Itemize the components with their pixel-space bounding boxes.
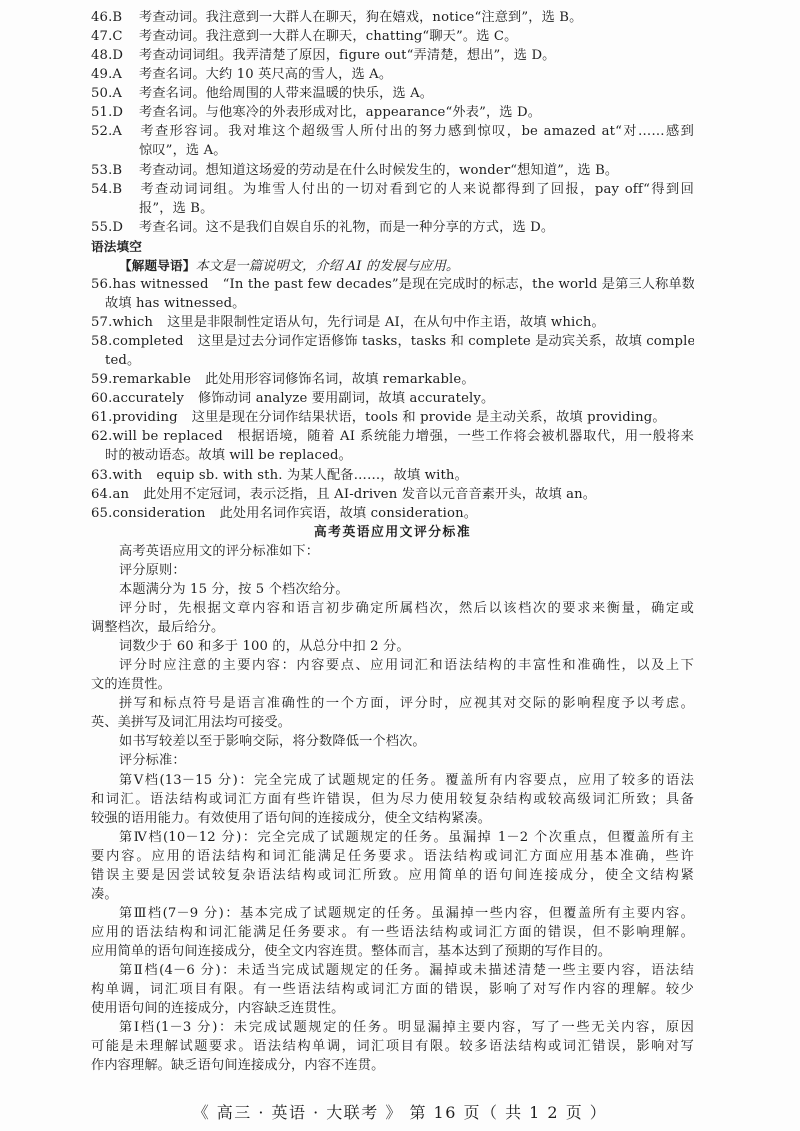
scoring-paragraph-line: 英、美拼写及词汇用法均可接受。 [91,713,694,732]
lead-tag: 【解题导语】 [119,258,195,273]
grammar-answer-line: 故填 has witnessed。 [91,294,694,313]
answer-explanation: 考查名词。这不是我们自娱自乐的礼物，而是一种分享的方式，选 D。 [139,220,554,235]
answer-explanation: 报”，选 B。 [139,201,213,216]
answer-line: 惊叹”，选 A。 [91,141,694,160]
grammar-answer-line: 63.withequip sb. with sth. 为某人配备……，故填 wi… [91,466,694,485]
answer-explanation: 考查动词词组。我弄清楚了原因，figure out“弄清楚，想出”，选 D。 [139,48,556,63]
fill-answer: with [112,468,142,483]
scoring-paragraph-line: 评分标准： [91,751,694,770]
fill-answer: providing [112,410,177,425]
answer-line: 报”，选 B。 [91,199,694,218]
question-number: 56. [91,277,112,292]
answer-explanation: 考查动词词组。为堆雪人付出的一切对看到它的人来说都得到了回报，pay off“得… [139,182,694,197]
text-column: 46.B考查动词。我注意到一大群人在聊天，狗在嬉戏，notice“注意到”，选 … [91,8,694,1076]
question-number: 54.B [91,180,139,199]
scoring-paragraph-line: 作内容理解。缺乏语句间连接成分，内容不连贯。 [91,1056,694,1075]
question-number: 58. [91,334,112,349]
scoring-paragraph-line: 第Ⅱ档(4－6 分)：未适当完成试题规定的任务。漏掉或未描述清楚一些主要内容，语… [91,961,694,980]
answer-explanation: 故填 has witnessed。 [105,296,246,311]
grammar-answer-line: 时的被动语态。故填 will be replaced。 [91,446,694,465]
answer-explanation: 考查动词。想知道这场爱的劳动是在什么时候发生的，wonder“想知道”，选 B。 [139,163,618,178]
answer-explanation: 这里是非限制性定语从句，先行词是 AI，在从句中作主语，故填 which。 [167,315,605,330]
answer-explanation: 此处用形容词修饰名词，故填 remarkable。 [205,372,475,387]
answer-line: 52.A考查形容词。我对堆这个超级雪人所付出的努力感到惊叹，be amazed … [91,122,694,141]
scoring-paragraph-line: 调整档次，最后给分。 [91,618,694,637]
question-number: 65. [91,506,112,521]
scoring-paragraph-line: 评分原则： [91,561,694,580]
scoring-paragraph-line: 应用的语法结构和词汇能满足任务要求。有一些语法结构或词汇方面的错误，但不影响理解… [91,923,694,942]
fill-answer: consideration [112,506,205,521]
answer-explanation: 惊叹”，选 A。 [139,143,227,158]
fill-answer: an [112,487,129,502]
scoring-paragraph-line: 较强的语用能力。有效使用了语句间的连接成分，使全文结构紧凑。 [91,809,694,828]
grammar-answer-line: 59.remarkable此处用形容词修饰名词，故填 remarkable。 [91,370,694,389]
answer-line: 51.D考查名词。与他寒冷的外表形成对比，appearance“外表”，选 D。 [91,103,694,122]
grammar-answer-line: 60.accurately修饰动词 analyze 要用副词，故填 accura… [91,389,694,408]
answer-explanation: 根据语境，随着 AI 系统能力增强，一些工作将会被机器取代，用一般将来 [237,429,694,444]
grammar-answer-line: 65.consideration此处用名词作宾语，故填 consideratio… [91,504,694,523]
fill-answer: will be replaced [112,429,222,444]
lead-text: 本文是一篇说明文，介绍 AI 的发展与应用。 [195,259,459,274]
scoring-paragraph-line: 文的连贯性。 [91,675,694,694]
answer-explanation: ted。 [105,353,140,368]
scoring-paragraph-line: 第Ⅴ档(13－15 分)：完全完成了试题规定的任务。覆盖所有内容要点，应用了较多… [91,771,694,790]
scoring-paragraph-line: 要内容。应用的语法结构和词汇能满足任务要求。语法结构或词汇方面应用基本准确，些许 [91,847,694,866]
scoring-paragraph-line: 使用语句间的连接成分，内容缺乏连贯性。 [91,999,694,1018]
answer-explanation: 修饰动词 analyze 要用副词，故填 accurately。 [198,391,494,406]
page-footer: 《 高三 · 英语 · 大联考 》 第 16 页（ 共 1 2 页 ） [0,1100,800,1123]
scoring-paragraph-line: 评分时，先根据文章内容和语言初步确定所属档次，然后以该档次的要求来衡量，确定或 [91,599,694,618]
scoring-paragraph-line: 凑。 [91,885,694,904]
question-number: 62. [91,429,112,444]
question-number: 57. [91,315,112,330]
answer-explanation: 这里是现在分词作结果状语，tools 和 provide 是主动关系，故填 pr… [192,410,666,425]
fill-answer: has witnessed [112,277,208,292]
section-heading: 语法填空 [91,237,694,256]
grammar-answer-line: 64.an此处用不定冠词，表示泛指，且 AI-driven 发音以元音音素开头，… [91,485,694,504]
answer-line: 49.A考查名词。大约 10 英尺高的雪人，选 A。 [91,65,694,84]
answer-explanation: 考查形容词。我对堆这个超级雪人所付出的努力感到惊叹，be amazed at“对… [139,124,694,139]
fill-answer: accurately [112,391,184,406]
fill-answer: which [112,315,153,330]
question-number: 51.D [91,103,139,122]
answer-explanation: 考查名词。大约 10 英尺高的雪人，选 A。 [139,67,392,82]
fill-answer: remarkable [112,372,191,387]
answer-line: 54.B考查动词词组。为堆雪人付出的一切对看到它的人来说都得到了回报，pay o… [91,180,694,199]
answer-key-page: 46.B考查动词。我注意到一大群人在聊天，狗在嬉戏，notice“注意到”，选 … [0,0,800,1131]
question-number: 61. [91,410,112,425]
scoring-paragraph-line: 和词汇。语法结构或词汇方面有些许错误，但为尽力使用较复杂结构或较高级词汇所致；具… [91,790,694,809]
question-number: 53.B [91,161,139,180]
scoring-paragraph-line: 错误主要是因尝试较复杂语法结构或词汇所致。应用简单的语句间连接成分，使全文结构紧 [91,866,694,885]
answer-explanation: 考查名词。他给周围的人带来温暖的快乐，选 A。 [139,86,433,101]
answer-explanation: 考查名词。与他寒冷的外表形成对比，appearance“外表”，选 D。 [139,105,541,120]
grammar-answer-line: 57.which这里是非限制性定语从句，先行词是 AI，在从句中作主语，故填 w… [91,313,694,332]
answer-explanation: 时的被动语态。故填 will be replaced。 [105,448,352,463]
answer-explanation: 考查动词。我注意到一大群人在聊天，狗在嬉戏，notice“注意到”，选 B。 [139,10,582,25]
answer-line: 47.C考查动词。我注意到一大群人在聊天，chatting“聊天”。选 C。 [91,27,694,46]
scoring-paragraph-line: 本题满分为 15 分，按 5 个档次给分。 [91,580,694,599]
answer-line: 53.B考查动词。想知道这场爱的劳动是在什么时候发生的，wonder“想知道”，… [91,161,694,180]
question-number: 48.D [91,46,139,65]
scoring-paragraph-line: 构单调，词汇项目有限。有一些语法结构或词汇方面的错误，影响了对写作内容的理解。较… [91,980,694,999]
scoring-paragraph-line: 评分时应注意的主要内容：内容要点、应用词汇和语法结构的丰富性和准确性，以及上下 [91,656,694,675]
grammar-answer-line: 62.will be replaced根据语境，随着 AI 系统能力增强，一些工… [91,427,694,446]
question-number: 46.B [91,8,139,27]
grammar-answer-line: ted。 [91,351,694,370]
answer-line: 50.A考查名词。他给周围的人带来温暖的快乐，选 A。 [91,84,694,103]
scoring-paragraph-line: 如书写较差以至于影响交际，将分数降低一个档次。 [91,732,694,751]
scoring-paragraph-line: 应用简单的语句间连接成分，使全文内容连贯。整体而言，基本达到了预期的写作目的。 [91,942,694,961]
answer-explanation: 这里是过去分词作定语修饰 tasks，tasks 和 complete 是动宾关… [198,334,694,349]
scoring-title: 高考英语应用文评分标准 [91,523,694,542]
lead-paragraph: 【解题导语】本文是一篇说明文，介绍 AI 的发展与应用。 [91,256,694,275]
question-number: 60. [91,391,112,406]
scoring-paragraph-line: 高考英语应用文的评分标准如下： [91,542,694,561]
scoring-paragraph-line: 可能是未理解试题要求。语法结构单调，词汇项目有限。较多语法结构或词汇错误，影响对… [91,1037,694,1056]
answer-line: 46.B考查动词。我注意到一大群人在聊天，狗在嬉戏，notice“注意到”，选 … [91,8,694,27]
question-number: 63. [91,468,112,483]
question-number: 59. [91,372,112,387]
scoring-paragraph-line: 第Ⅳ档(10－12 分)：完全完成了试题规定的任务。虽漏掉 1－2 个次重点，但… [91,828,694,847]
question-number: 64. [91,487,112,502]
answer-explanation: 考查动词。我注意到一大群人在聊天，chatting“聊天”。选 C。 [139,29,517,44]
answer-explanation: 此处用不定冠词，表示泛指，且 AI-driven 发音以元音音素开头，故填 an… [143,487,596,502]
scoring-paragraph-line: 第Ⅰ档(1－3 分)：未完成试题规定的任务。明显漏掉主要内容，写了一些无关内容，… [91,1018,694,1037]
scoring-paragraph-line: 词数少于 60 和多于 100 的，从总分中扣 2 分。 [91,637,694,656]
answer-line: 55.D考查名词。这不是我们自娱自乐的礼物，而是一种分享的方式，选 D。 [91,218,694,237]
grammar-answer-line: 58.completed这里是过去分词作定语修饰 tasks，tasks 和 c… [91,332,694,351]
fill-answer: completed [112,334,183,349]
question-number: 49.A [91,65,139,84]
answer-explanation: equip sb. with sth. 为某人配备……，故填 with。 [156,468,468,483]
question-number: 55.D [91,218,139,237]
scoring-paragraph-line: 第Ⅲ档(7－9 分)：基本完成了试题规定的任务。虽漏掉一些内容，但覆盖所有主要内… [91,904,694,923]
question-number: 52.A [91,122,139,141]
grammar-answer-line: 61.providing这里是现在分词作结果状语，tools 和 provide… [91,408,694,427]
answer-line: 48.D考查动词词组。我弄清楚了原因，figure out“弄清楚，想出”，选 … [91,46,694,65]
answer-explanation: 此处用名词作宾语，故填 consideration。 [220,506,478,521]
question-number: 50.A [91,84,139,103]
grammar-answer-line: 56.has witnessed“In the past few decades… [91,275,694,294]
answer-explanation: “In the past few decades”是现在完成时的标志，the w… [223,277,694,292]
scoring-paragraph-line: 拼写和标点符号是语言准确性的一个方面，评分时，应视其对交际的影响程度予以考虑。 [91,694,694,713]
question-number: 47.C [91,27,139,46]
